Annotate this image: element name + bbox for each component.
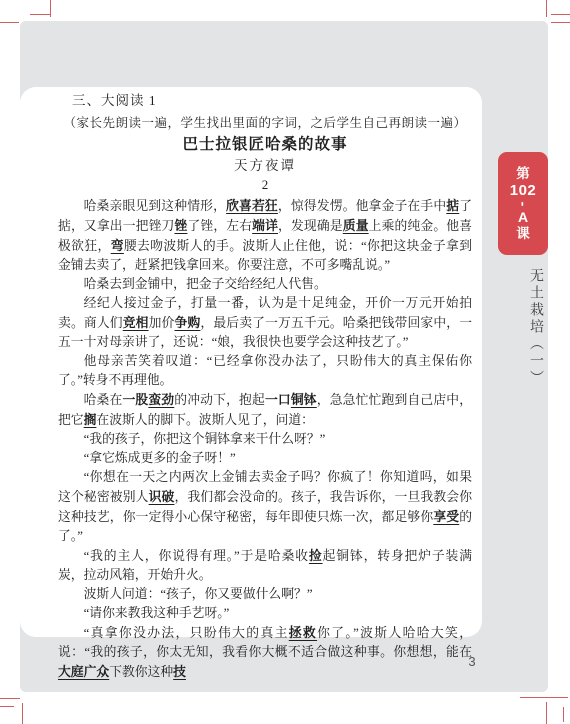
story-text: “我的主人，你说得有理。”于是哈桑收 (84, 549, 309, 563)
crop-mark-bottom-left-angle (0, 706, 14, 707)
story-text: 在波斯人的脚下。波斯人见了，问道： (96, 413, 314, 427)
crop-mark-bottom-left-horizontal (0, 698, 20, 699)
story-text: ，发现确是 (278, 219, 343, 233)
story-paragraph: “我的孩子，你把这个铜钵拿来干什么呀？” (58, 430, 472, 449)
crop-mark-top-left-horizontal (0, 22, 19, 23)
vocabulary-word: 争购 (175, 315, 201, 330)
story-text: 波斯人问道：“孩子，你又要做什么啊？” (84, 587, 313, 601)
lesson-tab-letter: A (518, 209, 528, 225)
story-paragraph: “我的主人，你说得有理。”于是哈桑收捡起铜钵，转身把炉子装满炭，拉动风箱，开始升… (58, 546, 472, 585)
lesson-tab-suffix: 课 (516, 225, 530, 242)
story-source: 天方夜谭 (58, 156, 472, 176)
story-text: 他母亲苦笑着叹道：“已经拿你没办法了，只盼伟大的真主保佑你了。”转身不再理他。 (58, 354, 472, 387)
story-paragraph: 哈桑亲眼见到这种情形，欣喜若狂，惊得发愣。他拿金子在手中掂了掂，又拿出一把锉刀锉… (58, 196, 472, 275)
section-heading: 三、大阅读 1 (58, 92, 472, 110)
vocabulary-word: 拯救 (289, 625, 317, 640)
story-text: “拿它炼成更多的金子呀！” (84, 451, 236, 465)
crop-mark-bottom-left-vertical (22, 703, 23, 724)
vocabulary-word: 欣喜若狂 (226, 198, 278, 213)
story-title: 巴士拉银匠哈桑的故事 (58, 134, 472, 156)
crop-mark-bottom-right-horizontal (520, 697, 568, 698)
vocabulary-word: 蛮劲 (148, 392, 174, 407)
vocabulary-word: 掂 (446, 198, 459, 213)
crop-mark-bottom-right-vertical (546, 702, 547, 724)
crop-mark-bottom-right-angle (563, 707, 564, 722)
lesson-number-tab: 第 102 - A 课 (498, 152, 548, 255)
vocabulary-word: 质量 (343, 218, 369, 233)
story-paragraph: 哈桑在一股蛮劲的冲动下，抱起一口铜钵，急急忙忙跑到自己店中，把它搁在波斯人的脚下… (58, 390, 472, 430)
story-paragraph: “真拿你没办法，只盼伟大的真主拯救你了。”波斯人哈哈大笑，说：“我的孩子，你太无… (58, 623, 472, 682)
crop-mark-top-left-angle (30, 14, 50, 15)
vocabulary-word: 一股 (122, 392, 148, 407)
vocabulary-word: 大庭广众 (58, 664, 109, 679)
document-page: { "colors": { "frame_gray": "#e3e4e5", "… (0, 0, 570, 724)
crop-mark-top-right-horizontal (551, 22, 570, 23)
page-frame: 三、大阅读 1 （家长先朗读一遍，学生找出里面的字词，之后学生自己再朗读一遍） … (20, 21, 548, 692)
story-paragraph: “请你来教我这种手艺呀。” (58, 604, 472, 623)
story-text: 加价 (149, 316, 175, 330)
story-text: “请你来教我这种手艺呀。” (84, 606, 230, 620)
vocabulary-word: 享受 (433, 509, 459, 524)
vocabulary-word: 铜钵 (291, 392, 317, 407)
crop-mark-top-left-vertical (50, 0, 51, 17)
lesson-tab-prefix: 第 (516, 165, 530, 182)
instruction-note: （家长先朗读一遍，学生找出里面的字词，之后学生自己再朗读一遍） (58, 114, 472, 132)
story-text: 哈桑亲眼见到这种情形， (84, 199, 226, 213)
page-number: 3 (462, 654, 482, 669)
lesson-title-vertical: 无土栽培（一） (501, 268, 545, 387)
story-text: 的冲动下，抱起 (174, 393, 265, 407)
story-paragraph: 波斯人问道：“孩子，你又要做什么啊？” (58, 585, 472, 604)
vocabulary-word: 锉 (174, 218, 187, 233)
story-text: 下教你这种 (109, 665, 173, 679)
vocabulary-word: 识破 (149, 489, 175, 504)
crop-mark-top-right-vertical (546, 0, 547, 17)
story-paragraph: 经纪人接过金子，打量一番，认为是十足纯金，开价一万元开始拍卖。商人们竞相加价争购… (58, 294, 472, 352)
story-paragraph: “拿它炼成更多的金子呀！” (58, 449, 472, 468)
vocabulary-word: 一口 (265, 392, 291, 407)
story-paragraph: 他母亲苦笑着叹道：“已经拿你没办法了，只盼伟大的真主保佑你了。”转身不再理他。 (58, 352, 472, 390)
vocabulary-word: 端详 (252, 218, 278, 233)
story-text: 哈桑在 (84, 393, 123, 407)
story-paragraph: “你想在一天之内两次上金铺去卖金子吗？你疯了！你知道吗，如果这个秘密被别人识破，… (58, 468, 472, 546)
vocabulary-word: 弯 (111, 238, 124, 253)
story-paragraph: 哈桑去到金铺中，把金子交给经纪人代售。 (58, 275, 472, 294)
story-text: 了锉，左右 (187, 219, 252, 233)
story-text: ，惊得发愣。他拿金子在手中 (278, 199, 446, 213)
lesson-tab-dash: - (518, 202, 528, 207)
lesson-tab-number: 102 (510, 182, 537, 199)
vocabulary-word: 捡 (309, 548, 323, 563)
content-area: 三、大阅读 1 （家长先朗读一遍，学生找出里面的字词，之后学生自己再朗读一遍） … (20, 87, 482, 637)
story-text: “真拿你没办法，只盼伟大的真主 (84, 626, 289, 640)
vocabulary-word: 技 (173, 664, 186, 679)
story-body: 哈桑亲眼见到这种情形，欣喜若狂，惊得发愣。他拿金子在手中掂了掂，又拿出一把锉刀锉… (58, 196, 472, 682)
vocabulary-word: 竞相 (123, 315, 149, 330)
story-text: 哈桑去到金铺中，把金子交给经纪人代售。 (84, 277, 327, 291)
story-text: “我的孩子，你把这个铜钵拿来干什么呀？” (84, 432, 326, 446)
crop-mark-top-right-angle (551, 14, 570, 15)
part-number: 2 (58, 176, 472, 194)
vocabulary-word: 搁 (84, 412, 97, 427)
